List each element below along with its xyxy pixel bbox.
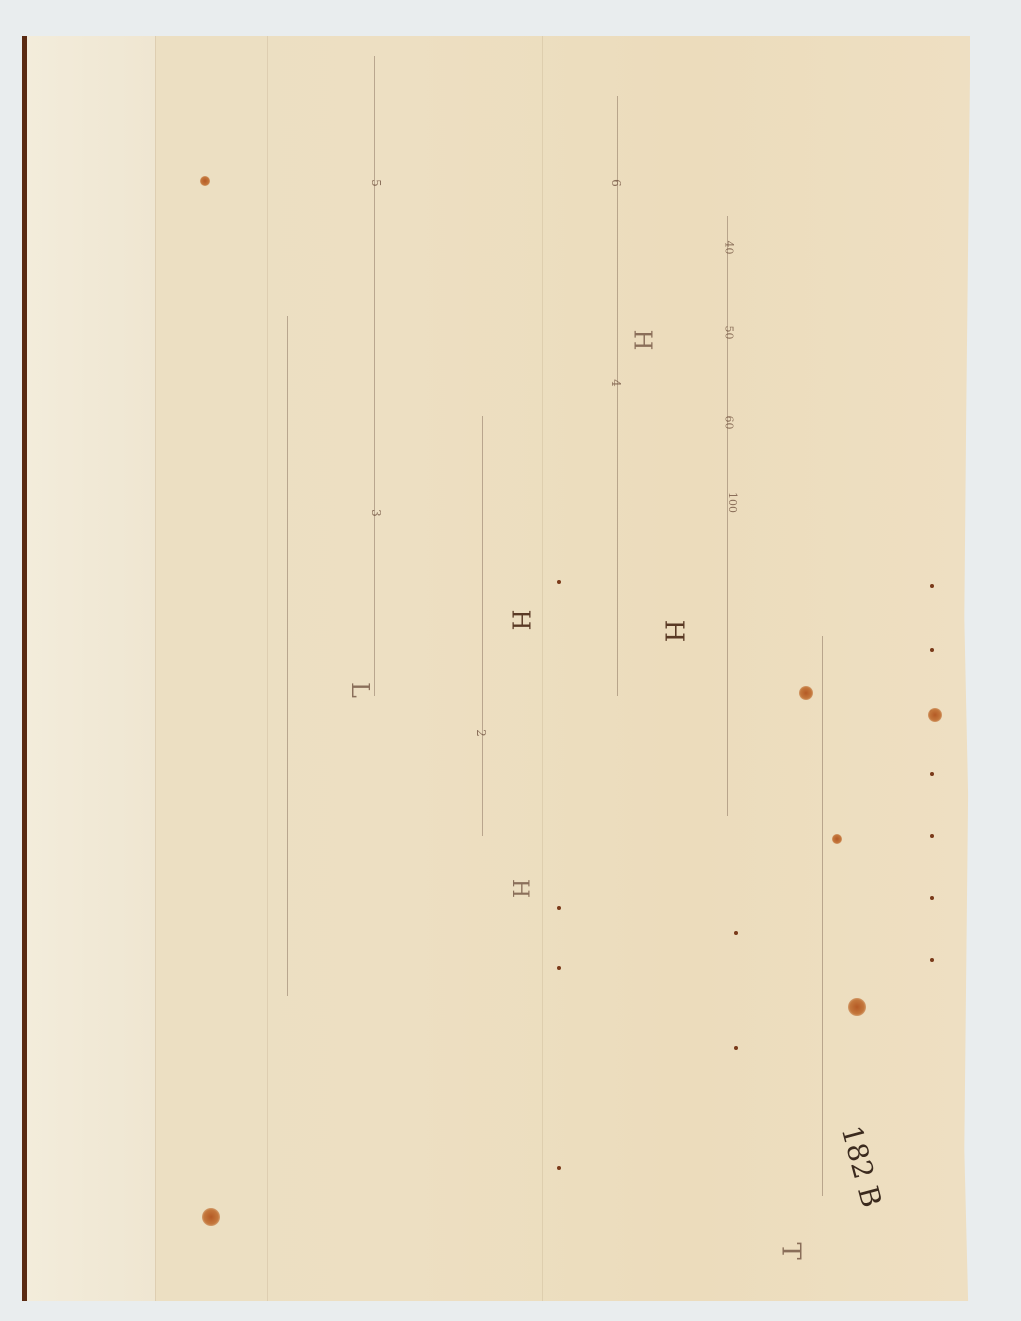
ink-dot: [930, 834, 934, 838]
scale-label: 100: [726, 492, 739, 513]
letter-h: H: [507, 879, 532, 898]
letter-h: H: [628, 330, 656, 351]
fold-line: [267, 36, 268, 1301]
ink-dot: [557, 580, 561, 584]
guard-fold-line: [155, 36, 156, 1301]
scale-label: 5: [369, 179, 383, 187]
fold-line: [542, 36, 543, 1301]
ink-dot: [930, 958, 934, 962]
ink-dot: [557, 906, 561, 910]
ink-dot: [734, 1046, 738, 1050]
foxing-stain: [200, 176, 210, 186]
foxing-stain: [832, 834, 842, 844]
ink-dot: [930, 772, 934, 776]
scale-label: 50: [723, 326, 736, 340]
scale-label: 6: [609, 179, 623, 187]
ink-dot: [557, 1166, 561, 1170]
letter-h: H: [658, 620, 688, 643]
scale-label: 3: [369, 509, 383, 517]
staff-line: [287, 316, 288, 996]
scale-label: 40: [723, 241, 736, 255]
scale-label: 4: [609, 379, 623, 387]
staff-line: [822, 636, 823, 1196]
ink-dot: [930, 648, 934, 652]
staff-line: [374, 56, 375, 696]
paper-guard-strip: [27, 36, 155, 1301]
manuscript-sheet: H H H H L T 40 50 60 100 6 4 5 3 2: [22, 36, 970, 1301]
foxing-stain: [848, 998, 866, 1016]
ink-dot: [930, 896, 934, 900]
ink-dot: [734, 931, 738, 935]
scale-label: 2: [474, 729, 488, 737]
letter-l: L: [346, 682, 374, 698]
foxing-stain: [799, 686, 813, 700]
ink-dot: [557, 966, 561, 970]
scale-label: 60: [723, 416, 736, 430]
staff-line: [727, 216, 728, 816]
letter-h: H: [506, 610, 534, 631]
foxing-stain: [202, 1208, 220, 1226]
foxing-stain: [928, 708, 942, 722]
letter-t: T: [776, 1242, 806, 1259]
ink-dot: [930, 584, 934, 588]
staff-line: [482, 416, 483, 836]
